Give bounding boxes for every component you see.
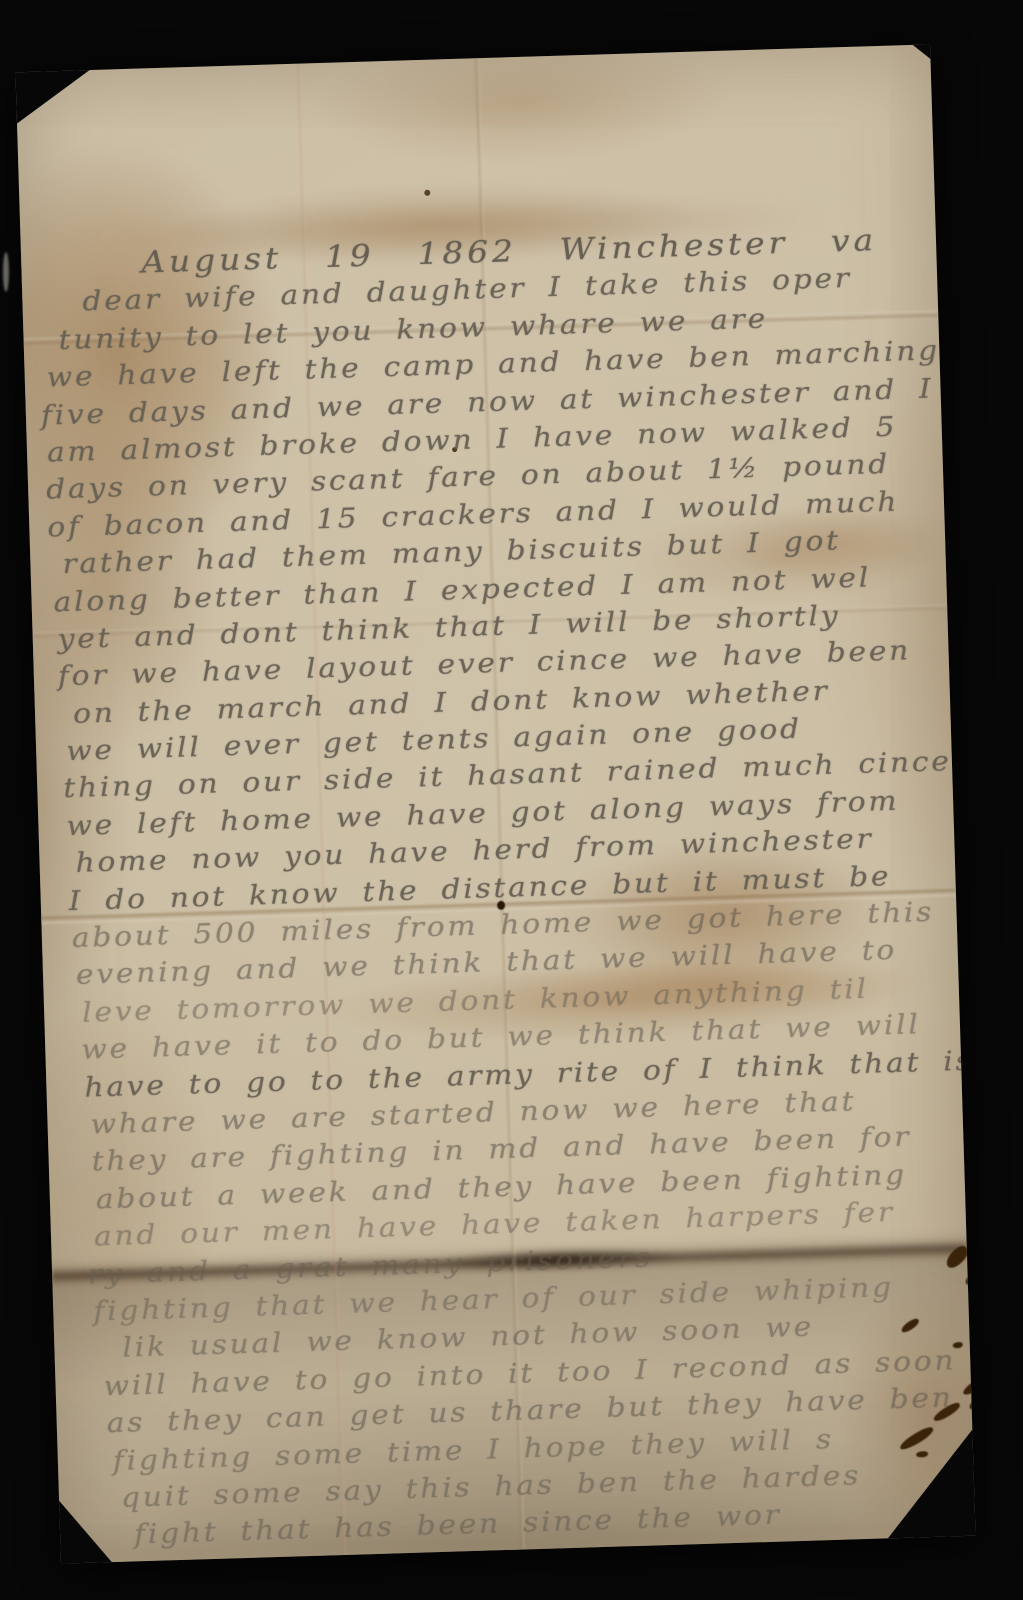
torn-corner [15, 66, 97, 127]
scanned-letter-photo: August 19 1862 Winchester va dear wife a… [0, 0, 1023, 1600]
dark-speck [424, 190, 430, 196]
ink-blot [922, 1529, 930, 1535]
letter-text: August 19 1862 Winchester va dear wife a… [21, 220, 976, 1556]
dust-speck [3, 252, 9, 292]
torn-corner [908, 44, 935, 63]
letter-paper: August 19 1862 Winchester va dear wife a… [15, 44, 975, 1563]
